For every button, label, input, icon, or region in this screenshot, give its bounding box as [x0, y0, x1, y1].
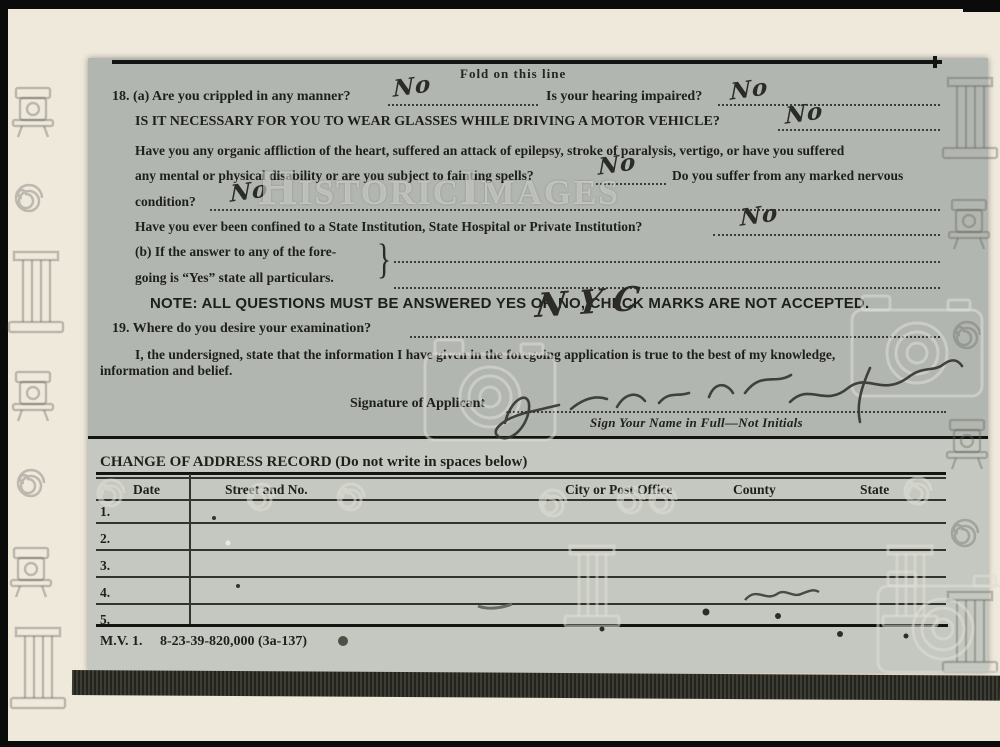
fainting-answer-handwritten: No: [598, 148, 636, 181]
signature-line: [506, 397, 946, 413]
question-18a-hearing: Is your hearing impaired?: [546, 89, 702, 105]
table-row-line: [96, 522, 946, 524]
examination-answer-handwritten: NYC: [533, 278, 654, 326]
photo-left-edge: [0, 0, 8, 747]
column-header-state: State: [860, 482, 889, 498]
application-form-paper: Fold on this line 18. (a) Are you crippl…: [88, 58, 988, 672]
brace-glyph: }: [377, 236, 391, 284]
section-divider-rule: [88, 436, 988, 439]
change-of-address-title: CHANGE OF ADDRESS RECORD (Do not write i…: [100, 454, 527, 471]
nervous-answer-handwritten: No: [230, 175, 268, 208]
column-watermark-icon: [9, 252, 63, 332]
table-top-rule: [96, 472, 946, 475]
table-row-line: [96, 603, 946, 605]
column-header-date: Date: [133, 482, 160, 498]
header-underline: [96, 499, 946, 501]
column-header-county: County: [733, 482, 776, 498]
row-number-2: 2.: [100, 531, 110, 547]
fabric-backing-strip: [72, 670, 1000, 701]
press-watermark-icon: [13, 88, 53, 137]
question-18a-crippled: 18. (a) Are you crippled in any manner?: [112, 89, 351, 105]
photo-corner-mark: [963, 0, 1000, 12]
glasses-answer-handwritten: No: [785, 97, 823, 130]
affirmation-line1: I, the undersigned, state that the infor…: [135, 347, 835, 363]
particulars-line-1: [394, 247, 940, 263]
row-number-1: 1.: [100, 504, 110, 520]
table-bottom-rule: [96, 624, 948, 627]
nervous-answer-line: [210, 195, 940, 211]
photo-bottom-edge: [0, 741, 1000, 747]
press-watermark-icon: [11, 548, 51, 597]
table-row-line: [96, 576, 946, 578]
question-organic-line1: Have you any organic affliction of the h…: [135, 143, 844, 159]
fold-rule: [112, 60, 942, 64]
question-18b-line1: (b) If the answer to any of the fore-: [135, 244, 336, 260]
question-19-examination: 19. Where do you desire your examination…: [112, 321, 371, 337]
question-organic-line2: any mental or physical disability or are…: [135, 168, 534, 184]
table-row-line: [96, 549, 946, 551]
hearing-answer-handwritten: No: [730, 73, 768, 106]
column-header-city: City or Post Office: [565, 482, 672, 498]
fold-on-this-line-label: Fold on this line: [460, 66, 566, 82]
question-institution: Have you ever been confined to a State I…: [135, 219, 642, 235]
press-photo-of-form: Fold on this line 18. (a) Are you crippl…: [0, 0, 1000, 747]
spiral-watermark-icon: [16, 185, 42, 211]
question-glasses: IS IT NECESSARY FOR YOU TO WEAR GLASSES …: [135, 114, 720, 130]
examination-answer-line: [410, 322, 940, 338]
signature-hint: Sign Your Name in Full—Not Initials: [590, 415, 803, 431]
institution-answer-handwritten: No: [740, 199, 778, 232]
row-number-4: 4.: [100, 585, 110, 601]
affirmation-line2: information and belief.: [100, 363, 232, 379]
question-nervous-part2: condition?: [135, 194, 196, 210]
fold-rule-tick: [933, 56, 937, 68]
column-header-street: Street and No.: [225, 482, 308, 498]
column-watermark-icon: [11, 628, 65, 708]
spiral-watermark-icon: [18, 470, 44, 496]
note-all-questions: NOTE: ALL QUESTIONS MUST BE ANSWERED YES…: [150, 295, 869, 312]
photo-top-edge: [0, 0, 1000, 9]
crippled-answer-handwritten: No: [393, 70, 431, 103]
question-nervous-part1: Do you suffer from any marked nervous: [672, 168, 903, 184]
particulars-line-2: [394, 273, 940, 289]
row-number-3: 3.: [100, 558, 110, 574]
press-watermark-icon: [13, 372, 53, 421]
question-18b-line2: going is “Yes” state all particulars.: [135, 270, 334, 286]
signature-label: Signature of Applicant: [350, 396, 485, 412]
form-code-footer: M.V. 1. 8-23-39-820,000 (3a-137): [100, 634, 307, 650]
table-top-rule-2: [96, 477, 946, 479]
